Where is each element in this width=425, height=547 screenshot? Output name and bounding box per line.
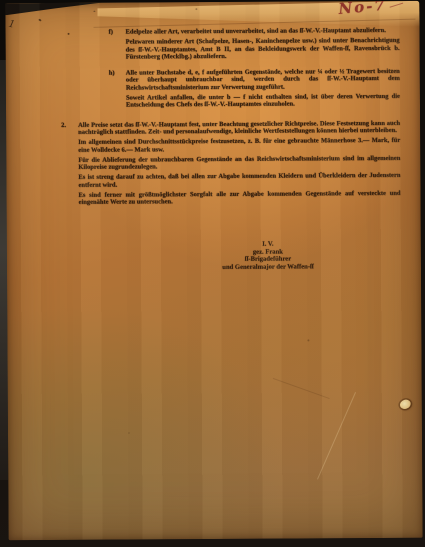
list-item-f: f) Edelpelze aller Art, verarbeitet und … [54,27,400,61]
paragraph: Es sind ferner mit größtmöglichster Sorg… [79,190,401,207]
item-body-h: Alle unter Buchstabe d, e, f aufgeführte… [54,68,400,110]
paragraph: Edelpelze aller Art, verarbeitet und unv… [126,27,400,36]
document-page: No-7 1 f) Edelpelze aller Art, verarbeit… [5,1,422,541]
typewritten-text: f) Edelpelze aller Art, verarbeitet und … [54,27,401,216]
paper-crease [317,392,356,479]
paragraph: Alle Preise setzt das ſſ-W.-V.-Hauptamt … [78,120,400,137]
paragraph: Im allgemeinen sind Durchschnittsstückpr… [78,137,400,154]
top-left-shadow [5,3,101,16]
item-marker-2: 2. [61,122,66,129]
paper-speck [307,339,309,341]
paper-speck [195,8,197,10]
list-item-2: 2. Alle Preise setzt das ſſ-W.-V.-Haupta… [54,120,401,207]
item-marker-f: f) [109,29,113,36]
paper-speck [38,18,42,21]
item-body-f: Edelpelze aller Art, verarbeitet und unv… [54,27,400,61]
handwritten-margin-mark: 1 [7,19,15,31]
paragraph: Soweit Artikel anfallen, die unter b — f… [126,93,400,109]
paper-speck [93,11,95,12]
paragraph: Alle unter Buchstabe d, e, f aufgeführte… [126,68,400,92]
paper-speck [128,433,130,434]
paper-speck [68,33,70,35]
paragraph: Es ist streng darauf zu achten, daß bei … [78,172,400,189]
paragraph: Für die Ablieferung der unbrauchbaren Ge… [78,155,400,172]
paper-crease [273,378,330,399]
item-marker-h: h) [109,70,115,77]
item-body-2: Alle Preise setzt das ſſ-W.-V.-Hauptamt … [54,120,401,207]
paragraph: Pelzwaren minderer Art (Schafpelze, Hase… [126,37,400,61]
paper-hole-spot [399,398,412,410]
signature-rank-2: und Generalmajor der Waffen-ſſ [197,263,339,271]
signature-block: I. V. gez. Frank ſſ-Brigadeführer und Ge… [197,240,339,271]
document-photograph: No-7 1 f) Edelpelze aller Art, verarbeit… [0,0,425,547]
list-item-h: h) Alle unter Buchstabe d, e, f aufgefüh… [54,68,400,110]
